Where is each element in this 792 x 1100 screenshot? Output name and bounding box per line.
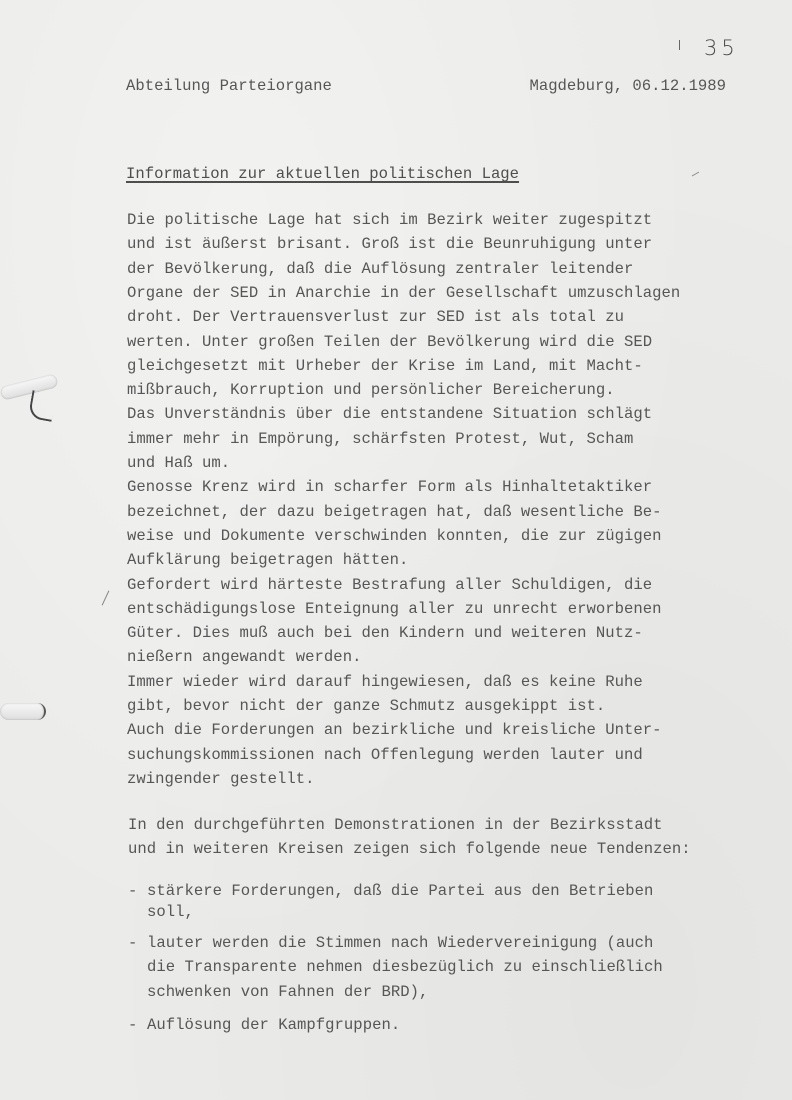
body-line: werten. Unter großen Teilen der Bevölker… (127, 333, 652, 351)
body-line: Genosse Krenz wird in scharfer Form als … (127, 478, 652, 496)
body-line: immer mehr in Empörung, schärfsten Prote… (127, 430, 633, 448)
body-line: der Bevölkerung, daß die Auflösung zentr… (127, 260, 633, 278)
handwritten-tick (679, 40, 680, 50)
place-date-header: Magdeburg, 06.12.1989 (529, 77, 726, 95)
body-line: In den durchgeführten Demonstrationen in… (128, 816, 663, 834)
document-title: Information zur aktuellen politischen La… (126, 165, 519, 183)
body-line: Das Unverständnis über die entstandene S… (127, 405, 652, 423)
body-line: droht. Der Vertrauensverlust zur SED ist… (127, 308, 624, 326)
body-line: und in weiteren Kreisen zeigen sich folg… (128, 840, 691, 858)
body-line: Die politische Lage hat sich im Bezirk w… (127, 211, 652, 229)
body-line: gleichgesetzt mit Urheber der Krise im L… (127, 357, 643, 375)
body-line: Auch die Forderungen an bezirkliche und … (127, 721, 662, 739)
body-line: entschädigungslose Enteignung aller zu u… (127, 600, 662, 618)
body-line: gibt, bevor nicht der ganze Schmutz ausg… (127, 697, 605, 715)
body-line: Immer wieder wird darauf hingewiesen, da… (127, 673, 643, 691)
body-line: Aufklärung beigetragen hätten. (127, 551, 408, 569)
body-line: suchungskommissionen nach Offenlegung we… (127, 746, 643, 764)
binder-hole-bottom (0, 703, 46, 720)
department-header: Abteilung Parteiorgane (126, 77, 332, 95)
body-line: mißbrauch, Korruption und persönlicher B… (127, 381, 615, 399)
bullet-marker: - (128, 934, 137, 952)
list-item-line: schwenken von Fahnen der BRD), (147, 983, 428, 1001)
body-line: und Haß um. (127, 454, 230, 472)
list-item-line: stärkere Forderungen, daß die Partei aus… (147, 882, 653, 900)
bullet-marker: - (128, 882, 137, 900)
list-item-line: Auflösung der Kampfgruppen. (147, 1016, 400, 1034)
body-line: zwingender gestellt. (127, 770, 315, 788)
body-line: Organe der SED in Anarchie in der Gesell… (127, 284, 680, 302)
body-line: bezeichnet, der dazu beigetragen hat, da… (127, 503, 662, 521)
list-item-line: die Transparente nehmen diesbezüglich zu… (147, 958, 663, 976)
page-number: 35 (704, 36, 739, 60)
body-line: und ist äußerst brisant. Groß ist die Be… (127, 235, 652, 253)
list-item-line: soll, (147, 903, 194, 921)
bullet-marker: - (128, 1016, 137, 1034)
body-line: weise und Dokumente verschwinden konnten… (127, 527, 662, 545)
body-line: Gefordert wird härteste Bestrafung aller… (127, 576, 652, 594)
body-line: nießern angewandt werden. (127, 648, 361, 666)
body-line: Güter. Dies muß auch bei den Kindern und… (127, 624, 643, 642)
list-item-line: lauter werden die Stimmen nach Wiederver… (147, 934, 653, 952)
